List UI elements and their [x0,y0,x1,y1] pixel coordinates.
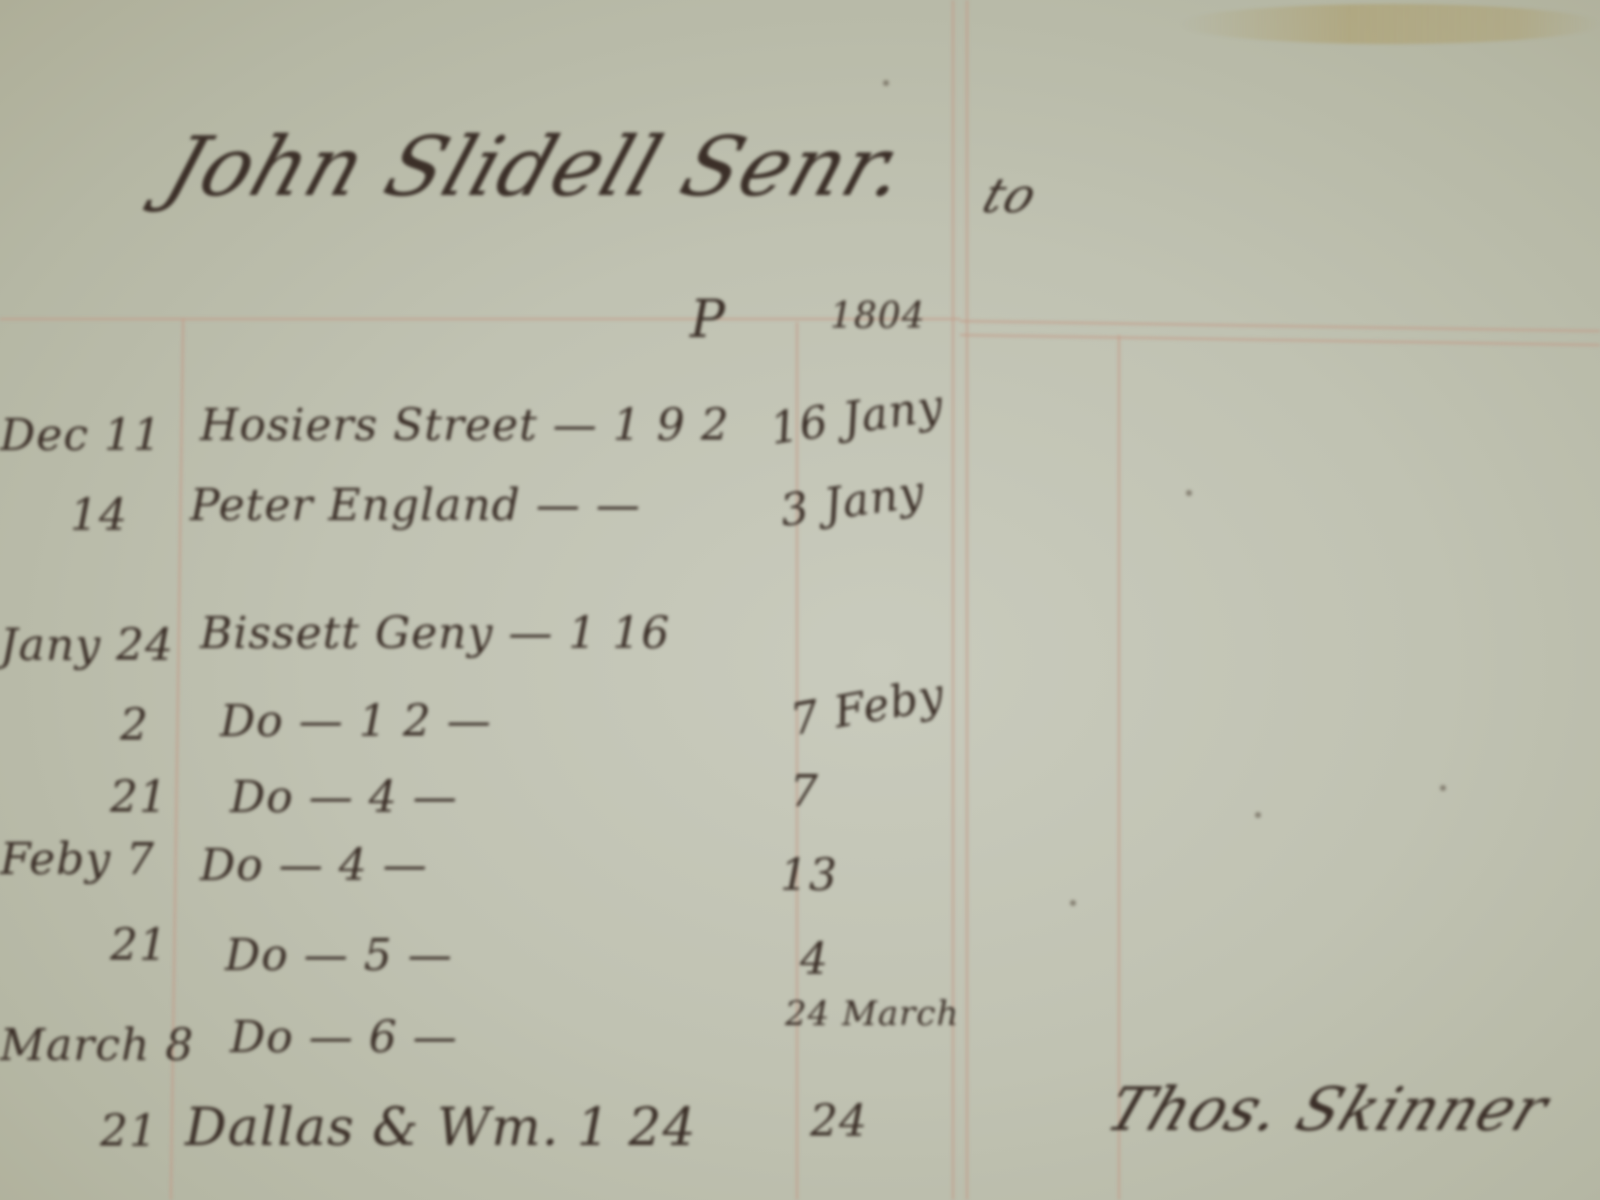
header-rule-left [0,318,960,320]
entry-due: 13 [780,850,838,901]
entry-due: 24 March [785,994,959,1034]
signature: Thos. Skinner [1097,1075,1557,1145]
paper-stain [1180,4,1600,44]
folio-mark: P [690,290,726,350]
entry-date: Dec 11 [0,410,162,461]
entry-description: Do — 1 2 — [220,696,492,747]
header-rule-right [960,320,1600,332]
entry-due: 7 Feby [787,669,949,746]
entry-date: 21 [110,772,168,823]
entry-description: Do — 5 — [225,930,453,981]
ledger-page: John Slidell Senr. to P 1804 Dec 11 Hosi… [0,0,1600,1200]
entry-date: 14 [70,490,128,541]
entry-date: March 8 [0,1020,194,1071]
page-divider-rule-2 [966,0,968,1200]
ink-speck [1440,785,1446,791]
entry-due: 24 [810,1096,868,1147]
entry-description: Do — 6 — [230,1012,458,1063]
ink-speck [1255,812,1261,818]
entry-date: 21 [110,920,168,971]
year-right: 1804 [830,296,926,337]
entry-due: 3 Jany [777,466,928,537]
entry-description: Bissett Geny — 1 16 [200,608,670,659]
ink-speck [1186,490,1192,496]
entry-description: Peter England — — [190,480,641,531]
header-rule-right-2 [960,334,1600,346]
entry-description: Dallas & Wm. 1 24 [185,1098,697,1158]
right-column-rule [1118,335,1120,1200]
entry-description: Do — 4 — [230,772,458,823]
ink-speck [883,80,889,86]
entry-due: 4 [800,934,829,985]
account-title-suffix: to [976,168,1044,224]
account-title: John Slidell Senr. [155,120,920,215]
entry-date: Jany 24 [0,620,174,671]
entry-description: Hosiers Street — 1 9 2 [200,400,730,451]
ink-speck [1070,900,1076,906]
entry-due: 7 [790,766,819,817]
entry-date: 2 [120,700,149,751]
entry-due: 16 Jany [767,380,946,455]
entry-date: 21 [100,1106,158,1157]
entry-description: Do — 4 — [200,840,428,891]
amount-column-rule [796,322,798,1200]
entry-date: Feby 7 [0,834,155,885]
